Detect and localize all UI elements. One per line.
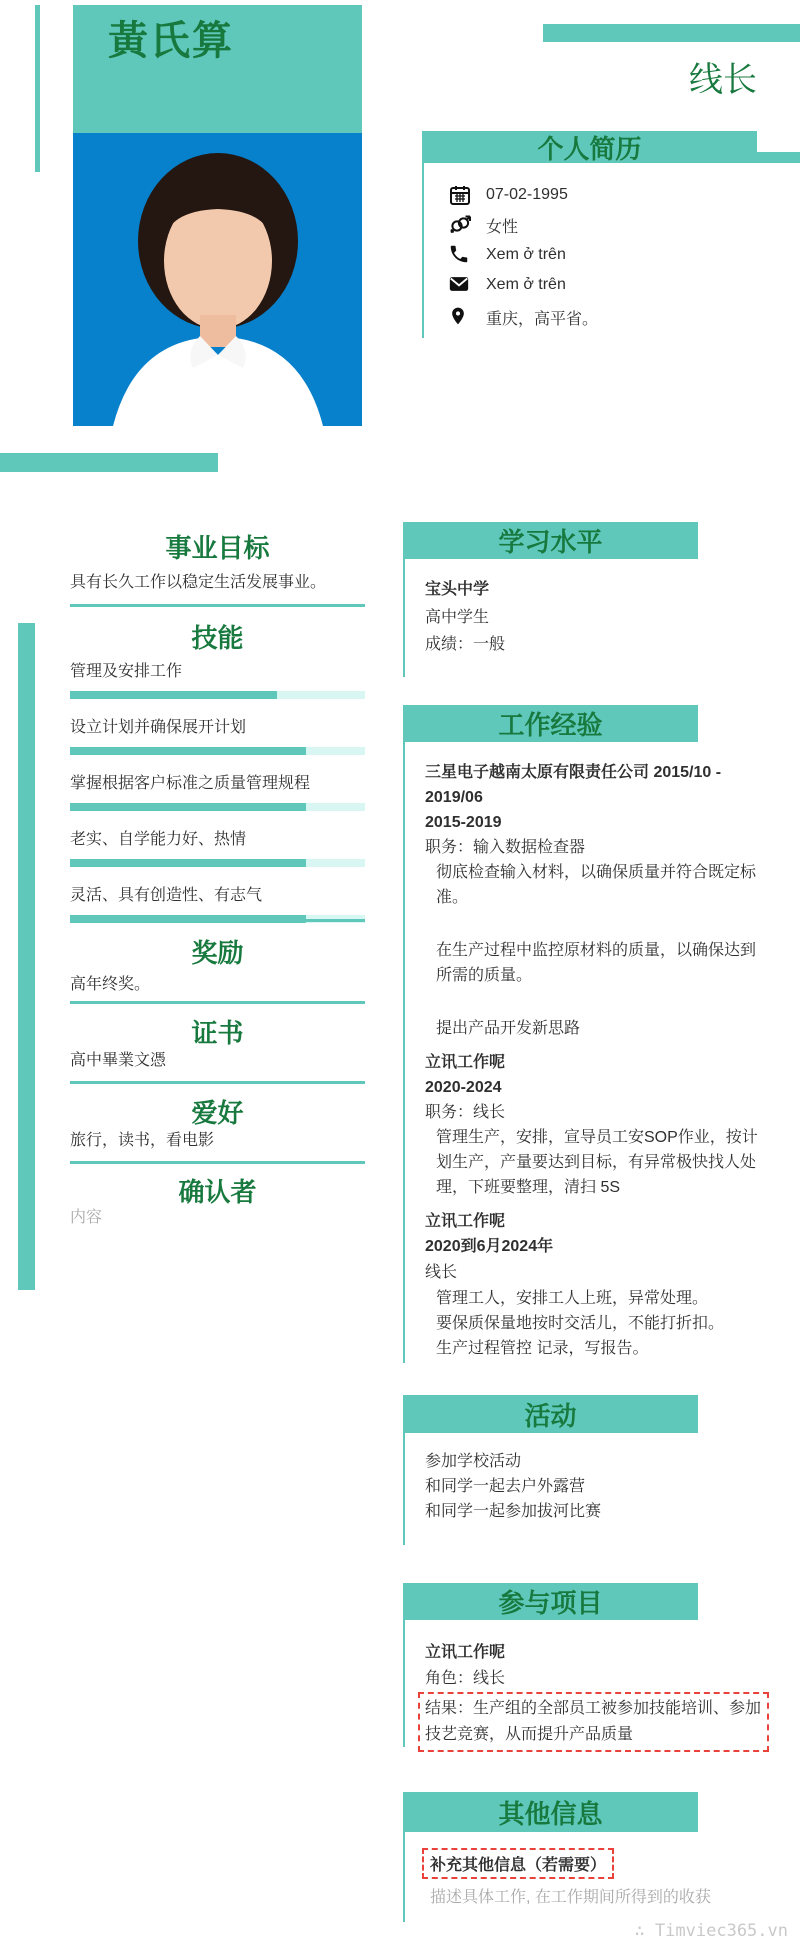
- objective-text: 具有长久工作以稳定生活发展事业。: [70, 570, 365, 595]
- experience-role: 线长: [425, 1259, 765, 1286]
- other-info-body: 补充其他信息（若需要） 描述具体工作, 在工作期间所得到的收获: [422, 1848, 772, 1910]
- calendar-icon: [448, 183, 472, 207]
- skill-label: 设立计划并确保展开计划: [70, 718, 365, 738]
- profile-section-title: 个人简历: [537, 129, 641, 166]
- activities-section-title: 活动: [524, 1396, 576, 1433]
- skill-bar-track: [70, 803, 365, 811]
- divider: [70, 1081, 365, 1084]
- left-column-accent-bar: [18, 623, 35, 1290]
- profile-list: 07-02-1995 女性 Xem ở trên Xem ở trên 重庆，高…: [448, 180, 778, 334]
- phone-value: Xem ở trên: [486, 246, 566, 264]
- other-info-placeholder[interactable]: 描述具体工作, 在工作期间所得到的收获: [422, 1885, 772, 1910]
- experience-company: 立讯工作呢: [425, 1209, 765, 1234]
- divider: [70, 919, 365, 922]
- experience-detail: 彻底检查输入材料，以确保质量并符合既定标准。: [425, 860, 765, 910]
- divider: [70, 1161, 365, 1164]
- activities-section-header: 活动: [403, 1395, 698, 1433]
- objective-title: 事业目标: [70, 528, 365, 565]
- divider: [70, 1001, 365, 1004]
- left-accent-line: [35, 5, 40, 172]
- spacer: [425, 1200, 765, 1209]
- confirmer-title: 确认者: [70, 1172, 365, 1209]
- experience-detail: 在生产过程中监控原材料的质量，以确保达到所需的质量。: [425, 938, 765, 988]
- experience-entry: 立讯工作呢 2020-2024 职务：线长 管理生产，安排，宣导员工安SOP作业…: [425, 1050, 765, 1200]
- skill-bar-track: [70, 691, 365, 699]
- activities-body: 参加学校活动 和同学一起去户外露营 和同学一起参加拔河比赛: [425, 1449, 765, 1524]
- experience-detail: 要保质保量地按时交活儿，不能打折扣。: [425, 1311, 765, 1336]
- project-name: 立讯工作呢: [425, 1640, 769, 1666]
- other-info-note[interactable]: 补充其他信息（若需要）: [422, 1848, 614, 1879]
- skills-list: 管理及安排工作 设立计划并确保展开计划 掌握根据客户标准之质量管理规程 老实、自…: [70, 662, 365, 942]
- resume-page: 黃氏算 线长 个人简历 07-02-1995: [0, 0, 800, 1949]
- skill-bar-track: [70, 747, 365, 755]
- skill-item: 掌握根据客户标准之质量管理规程: [70, 774, 365, 811]
- experience-entry: 三星电子越南太原有限责任公司 2015/10 - 2019/06 2015-20…: [425, 760, 765, 1041]
- other-info-section-title: 其他信息: [498, 1794, 602, 1831]
- activity-line: 和同学一起参加拔河比赛: [425, 1499, 765, 1524]
- spacer: [425, 1041, 765, 1050]
- top-right-accent-bar: [543, 24, 800, 42]
- skill-label: 掌握根据客户标准之质量管理规程: [70, 774, 365, 794]
- experience-period: 2020到6月2024年: [425, 1234, 765, 1259]
- project-result[interactable]: 结果：生产组的全部员工被参加技能培训、参加技艺竞赛，从而提升产品质量: [418, 1692, 769, 1752]
- hobbies-title: 爱好: [70, 1093, 365, 1130]
- gender-icon: [448, 213, 472, 237]
- skill-label: 管理及安排工作: [70, 662, 365, 682]
- candidate-name: 黃氏算: [108, 9, 362, 66]
- awards-text: 高年终奖。: [70, 972, 365, 997]
- skill-item: 老实、自学能力好、热情: [70, 830, 365, 867]
- watermark: ∴ Timviec365.vn: [634, 1921, 788, 1941]
- experience-period: 2015-2019: [425, 810, 765, 835]
- education-section-border: [403, 559, 405, 677]
- projects-section-border: [403, 1620, 405, 1747]
- projects-section-title: 参与项目: [498, 1583, 602, 1620]
- profile-item-email: Xem ở trên: [448, 270, 778, 300]
- education-section-title: 学习水平: [498, 522, 602, 559]
- profile-header-accent-extension: [757, 152, 800, 163]
- hobbies-text: 旅行，读书，看电影: [70, 1128, 365, 1153]
- gender-value: 女性: [486, 214, 518, 237]
- profile-section-header: 个人简历: [422, 131, 757, 163]
- experience-company: 立讯工作呢: [425, 1050, 765, 1075]
- activities-section-border: [403, 1433, 405, 1545]
- experience-role: 职务：线长: [425, 1100, 765, 1125]
- skill-item: 设立计划并确保展开计划: [70, 718, 365, 755]
- certificates-text: 高中畢業文憑: [70, 1048, 365, 1073]
- name-block: 黃氏算: [73, 5, 362, 133]
- experience-company: 三星电子越南太原有限责任公司 2015/10 - 2019/06: [425, 760, 765, 810]
- projects-section-header: 参与项目: [403, 1583, 698, 1620]
- confirmer-placeholder[interactable]: 内容: [70, 1205, 365, 1230]
- education-section-header: 学习水平: [403, 522, 698, 559]
- experience-period: 2020-2024: [425, 1075, 765, 1100]
- location-icon: [448, 305, 472, 329]
- job-title: 线长: [543, 52, 757, 101]
- other-info-section-border: [403, 1832, 405, 1922]
- email-icon: [448, 273, 472, 297]
- address-value: 重庆，高平省。: [486, 306, 598, 329]
- experience-role: 职务：输入数据检查器: [425, 835, 765, 860]
- experience-entry: 立讯工作呢 2020到6月2024年 线长 管理工人，安排工人上班，异常处理。 …: [425, 1209, 765, 1361]
- skill-bar-fill: [70, 803, 306, 811]
- profile-item-phone: Xem ở trên: [448, 240, 778, 270]
- skill-item: 灵活、具有创造性、有志气: [70, 886, 365, 923]
- education-body: 宝头中学 高中学生 成绩：一般: [425, 576, 765, 658]
- education-school: 宝头中学: [425, 576, 765, 604]
- experience-body: 三星电子越南太原有限责任公司 2015/10 - 2019/06 2015-20…: [425, 760, 765, 1361]
- portrait-photo: [73, 133, 362, 426]
- experience-detail: 管理生产，安排，宣导员工安SOP作业，按计划生产，产量要达到目标，有异常极快找人…: [425, 1125, 765, 1200]
- profile-section-border: [422, 163, 424, 338]
- profile-item-gender: 女性: [448, 210, 778, 240]
- birthday-value: 07-02-1995: [486, 186, 568, 204]
- activity-line: 和同学一起去户外露营: [425, 1474, 765, 1499]
- certificates-title: 证书: [70, 1013, 365, 1050]
- profile-item-address: 重庆，高平省。: [448, 300, 778, 334]
- skill-bar-fill: [70, 747, 306, 755]
- experience-detail: 提出产品开发新思路: [425, 1016, 765, 1041]
- spacer: [425, 910, 765, 938]
- skill-label: 灵活、具有创造性、有志气: [70, 886, 365, 906]
- awards-title: 奖励: [70, 933, 365, 970]
- phone-icon: [448, 243, 472, 267]
- other-info-section-header: 其他信息: [403, 1792, 698, 1832]
- divider: [70, 604, 365, 607]
- under-photo-accent-bar: [0, 453, 218, 472]
- experience-section-header: 工作经验: [403, 705, 698, 742]
- skill-item: 管理及安排工作: [70, 662, 365, 699]
- spacer: [425, 988, 765, 1016]
- experience-section-title: 工作经验: [498, 705, 602, 742]
- project-role: 角色：线长: [425, 1666, 769, 1692]
- email-value: Xem ở trên: [486, 276, 566, 294]
- skill-bar-fill: [70, 691, 277, 699]
- activity-line: 参加学校活动: [425, 1449, 765, 1474]
- profile-item-birthday: 07-02-1995: [448, 180, 778, 210]
- skill-bar-fill: [70, 859, 306, 867]
- education-degree: 高中学生: [425, 604, 765, 631]
- portrait-photo-image: [73, 133, 362, 426]
- experience-detail: 生产过程管控 记录，写报告。: [425, 1336, 765, 1361]
- skill-bar-track: [70, 859, 365, 867]
- skill-label: 老实、自学能力好、热情: [70, 830, 365, 850]
- experience-detail: 管理工人，安排工人上班，异常处理。: [425, 1286, 765, 1311]
- skills-title: 技能: [70, 618, 365, 655]
- education-grade: 成绩：一般: [425, 631, 765, 658]
- experience-section-border: [403, 742, 405, 1363]
- projects-body: 立讯工作呢 角色：线长 结果：生产组的全部员工被参加技能培训、参加技艺竞赛，从而…: [425, 1640, 769, 1752]
